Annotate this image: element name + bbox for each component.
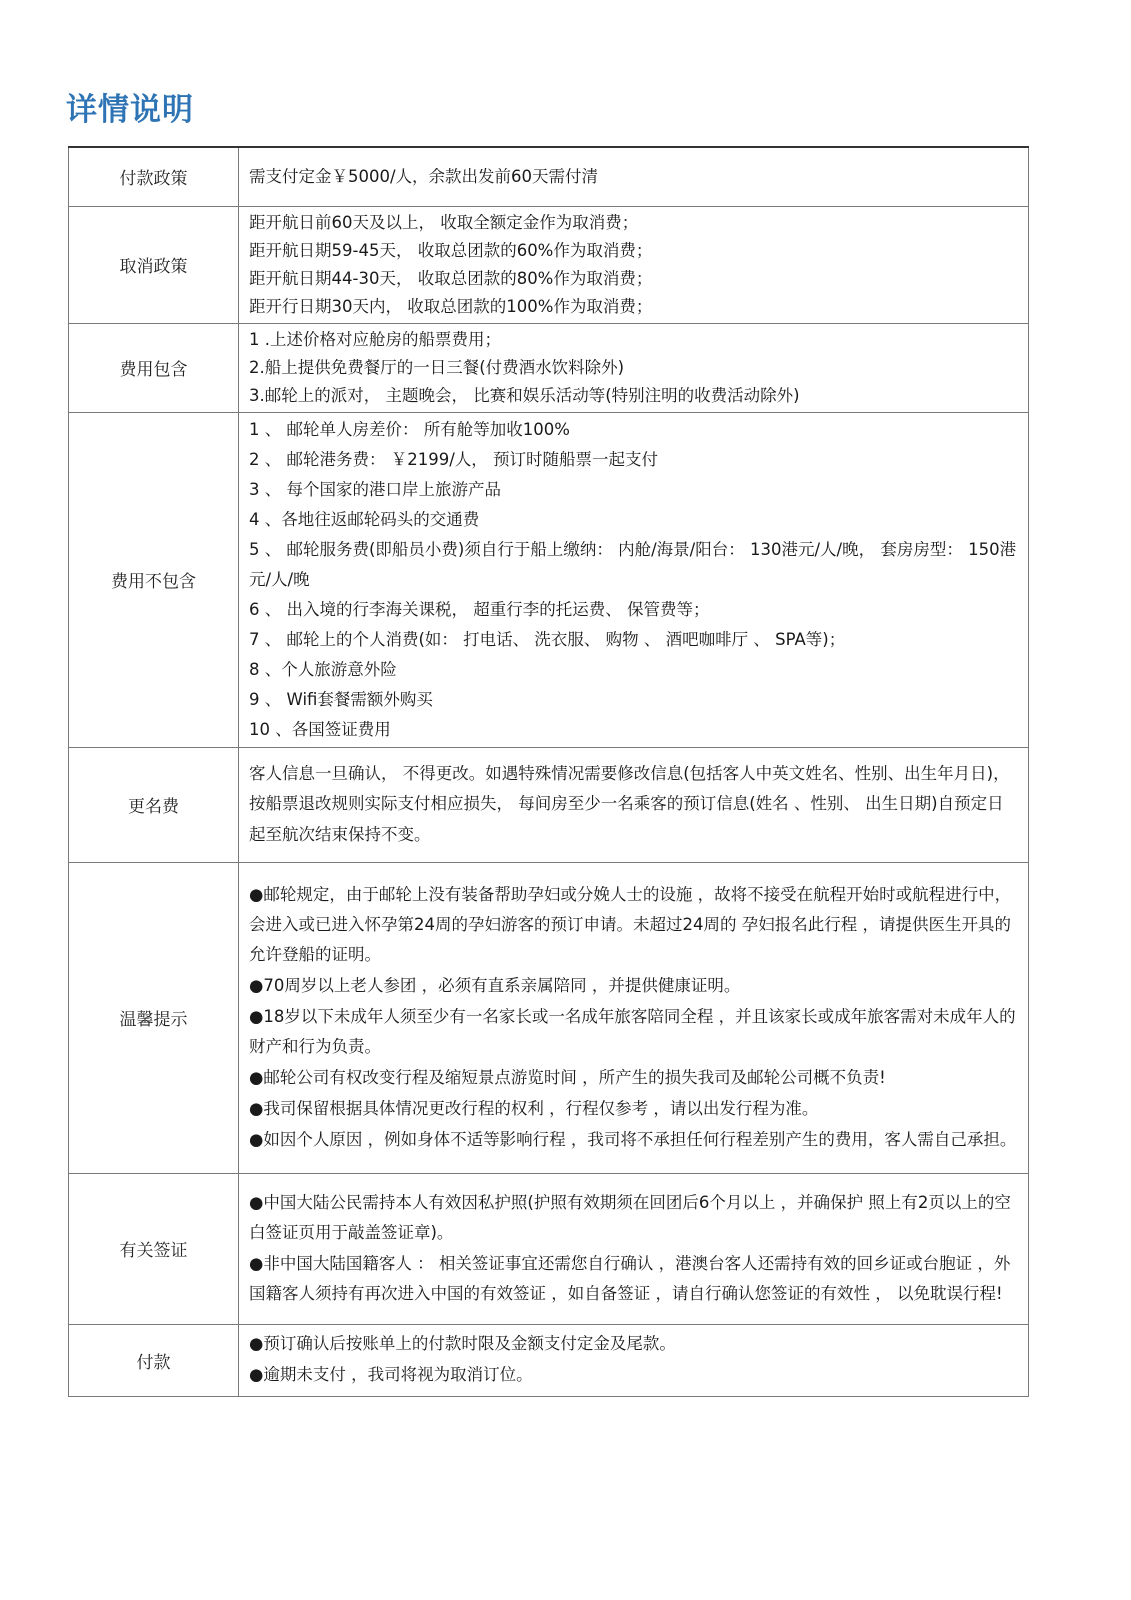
content-line: 2.船上提供免费餐厅的一日三餐(付费酒水饮料除外) xyxy=(249,354,1020,382)
row-content: 距开航日前60天及以上， 收取全额定金作为取消费； 距开航日期59-45天， 收… xyxy=(239,206,1029,323)
content-paragraph: 客人信息一旦确认， 不得更改。如遇特殊情况需要修改信息(包括客人中英文姓名、性别… xyxy=(249,759,1020,851)
tip-item: ●我司保留根据具体情况更改行程的权利 ，行程仅参考 ，请以出发行程为准。 xyxy=(249,1094,1020,1124)
content-line: 距开行日期30天内， 收取总团款的100%作为取消费； xyxy=(249,293,1020,321)
content-line: 2 、 邮轮港务费： ￥2199/人， 预订时随船票一起支付 xyxy=(249,445,1020,475)
content-line: 6 、 出入境的行李海关课税， 超重行李的托运费、 保管费等； xyxy=(249,595,1020,625)
visa-item: ●中国大陆公民需持本人有效因私护照(护照有效期须在回团后6个月以上 ，并确保护 … xyxy=(249,1188,1020,1248)
content-line: 距开航日前60天及以上， 收取全额定金作为取消费； xyxy=(249,209,1020,237)
content-line: 3.邮轮上的派对， 主题晚会， 比赛和娱乐活动等(特别注明的收费活动除外) xyxy=(249,382,1020,410)
tip-item: ●如因个人原因 ，例如身体不适等影响行程 ，我司将不承担任何行程差别产生的费用，… xyxy=(249,1125,1020,1155)
row-label: 费用不包含 xyxy=(69,412,239,747)
row-cancellation-policy: 取消政策 距开航日前60天及以上， 收取全额定金作为取消费； 距开航日期59-4… xyxy=(69,206,1029,323)
tip-item: ●邮轮公司有权改变行程及缩短景点游览时间 ，所产生的损失我司及邮轮公司概不负责! xyxy=(249,1063,1020,1093)
row-visa: 有关签证 ●中国大陆公民需持本人有效因私护照(护照有效期须在回团后6个月以上 ，… xyxy=(69,1173,1029,1324)
visa-item: ●非中国大陆国籍客人 ： 相关签证事宜还需您自行确认 ，港澳台客人还需持有效的回… xyxy=(249,1249,1020,1309)
tip-item: ●70周岁以上老人参团 ，必须有直系亲属陪同 ，并提供健康证明。 xyxy=(249,971,1020,1001)
row-label: 费用包含 xyxy=(69,323,239,412)
tip-item: ●邮轮规定，由于邮轮上没有装备帮助孕妇或分娩人士的设施 ，故将不接受在航程开始时… xyxy=(249,880,1020,970)
content-line: 8 、个人旅游意外险 xyxy=(249,655,1020,685)
content-line: 5 、 邮轮服务费(即船员小费)须自行于船上缴纳： 内舱/海景/阳台： 130港… xyxy=(249,535,1020,595)
row-payment-policy: 付款政策 需支付定金￥5000/人，余款出发前60天需付清 xyxy=(69,147,1029,206)
content-line: 距开航日期44-30天， 收取总团款的80%作为取消费； xyxy=(249,265,1020,293)
content-line: 9 、 Wifi套餐需额外购买 xyxy=(249,685,1020,715)
content-line: 7 、 邮轮上的个人消费(如： 打电话、 洗衣服、 购物 、 酒吧咖啡厅 、 S… xyxy=(249,625,1020,655)
content-line: 1 、 邮轮单人房差价： 所有舱等加收100% xyxy=(249,415,1020,445)
row-content: 1 .上述价格对应舱房的船票费用； 2.船上提供免费餐厅的一日三餐(付费酒水饮料… xyxy=(239,323,1029,412)
content-line: 距开航日期59-45天， 收取总团款的60%作为取消费； xyxy=(249,237,1020,265)
tip-item: ●18岁以下未成年人须至少有一名家长或一名成年旅客陪同全程 ，并且该家长或成年旅… xyxy=(249,1002,1020,1062)
payment-item: ●预订确认后按账单上的付款时限及金额支付定金及尾款。 xyxy=(249,1329,1020,1359)
page-title: 详情说明 xyxy=(66,84,194,129)
row-label: 付款政策 xyxy=(69,147,239,206)
row-content: ●预订确认后按账单上的付款时限及金额支付定金及尾款。 ●逾期未支付 ，我司将视为… xyxy=(239,1324,1029,1396)
content-line: 10 、各国签证费用 xyxy=(249,715,1020,745)
content-line: 需支付定金￥5000/人，余款出发前60天需付清 xyxy=(249,163,1020,191)
payment-item: ●逾期未支付 ，我司将视为取消订位。 xyxy=(249,1360,1020,1390)
row-fees-included: 费用包含 1 .上述价格对应舱房的船票费用； 2.船上提供免费餐厅的一日三餐(付… xyxy=(69,323,1029,412)
row-content: 需支付定金￥5000/人，余款出发前60天需付清 xyxy=(239,147,1029,206)
row-content: ●中国大陆公民需持本人有效因私护照(护照有效期须在回团后6个月以上 ，并确保护 … xyxy=(239,1173,1029,1324)
content-line: 3 、 每个国家的港口岸上旅游产品 xyxy=(249,475,1020,505)
row-label: 付款 xyxy=(69,1324,239,1396)
row-content: 1 、 邮轮单人房差价： 所有舱等加收100% 2 、 邮轮港务费： ￥2199… xyxy=(239,412,1029,747)
row-label: 更名费 xyxy=(69,747,239,862)
row-content: ●邮轮规定，由于邮轮上没有装备帮助孕妇或分娩人士的设施 ，故将不接受在航程开始时… xyxy=(239,862,1029,1173)
row-tips: 温馨提示 ●邮轮规定，由于邮轮上没有装备帮助孕妇或分娩人士的设施 ，故将不接受在… xyxy=(69,862,1029,1173)
content-line: 1 .上述价格对应舱房的船票费用； xyxy=(249,326,1020,354)
content-line: 4 、各地往返邮轮码头的交通费 xyxy=(249,505,1020,535)
row-content: 客人信息一旦确认， 不得更改。如遇特殊情况需要修改信息(包括客人中英文姓名、性别… xyxy=(239,747,1029,862)
row-fees-excluded: 费用不包含 1 、 邮轮单人房差价： 所有舱等加收100% 2 、 邮轮港务费：… xyxy=(69,412,1029,747)
row-payment: 付款 ●预订确认后按账单上的付款时限及金额支付定金及尾款。 ●逾期未支付 ，我司… xyxy=(69,1324,1029,1396)
row-label: 取消政策 xyxy=(69,206,239,323)
row-name-change-fee: 更名费 客人信息一旦确认， 不得更改。如遇特殊情况需要修改信息(包括客人中英文姓… xyxy=(69,747,1029,862)
details-table: 付款政策 需支付定金￥5000/人，余款出发前60天需付清 取消政策 距开航日前… xyxy=(68,146,1029,1397)
row-label: 温馨提示 xyxy=(69,862,239,1173)
row-label: 有关签证 xyxy=(69,1173,239,1324)
